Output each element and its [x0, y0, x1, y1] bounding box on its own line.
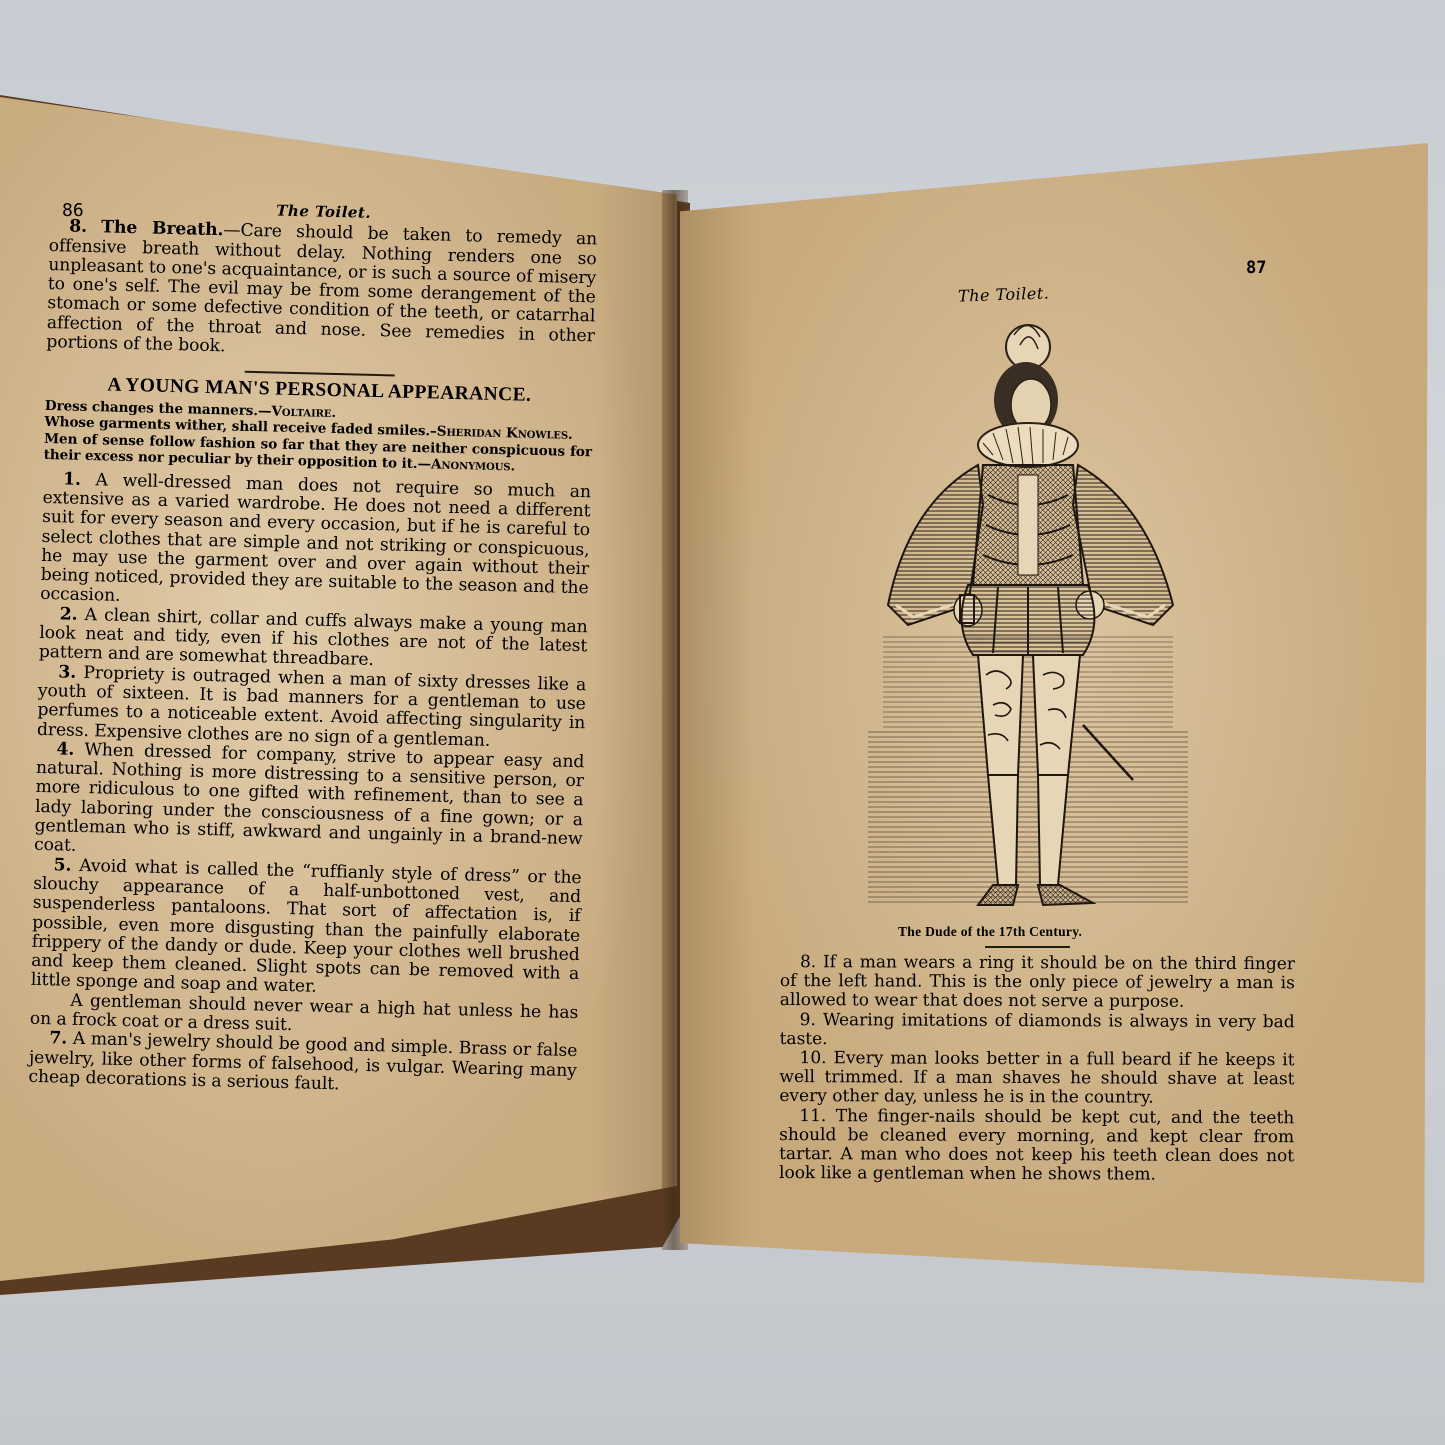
right-page-number: 87	[1246, 258, 1267, 278]
epigraph-author: Anonymous.	[431, 457, 516, 475]
paragraph: 1. A well-dressed man does not require s…	[40, 470, 591, 618]
paragraph-text: Avoid what is called the “ruffianly styl…	[31, 856, 582, 998]
paragraph: 8. If a man wears a ring it should be on…	[780, 953, 1295, 1013]
paragraph-number: 2.	[60, 604, 78, 624]
paragraph-breath: 8. The Breath.—Care should be taken to r…	[46, 217, 597, 365]
paragraph: 10. Every man looks better in a full bea…	[779, 1049, 1294, 1109]
illustration-caption: The Dude of the 17th Century.	[898, 924, 1082, 940]
paragraph: 11. The finger-nails should be kept cut,…	[779, 1107, 1294, 1186]
paragraph-text: The finger-nails should be kept cut, and…	[779, 1106, 1294, 1185]
paragraph-number: 5.	[53, 855, 71, 875]
left-page-content: The Toilet. 8. The Breath.—Care should b…	[28, 196, 598, 1100]
paragraph: 9. Wearing imitations of diamonds is alw…	[780, 1011, 1295, 1052]
paragraph-number: 8.	[800, 952, 816, 972]
paragraph: 5. Avoid what is called the “ruffianly s…	[31, 855, 582, 1003]
paragraph-number: 11.	[799, 1106, 826, 1126]
paragraph-text: A man's jewelry should be good and simpl…	[28, 1029, 577, 1094]
paragraph-text: When dressed for company, strive to appe…	[34, 740, 585, 856]
paragraph: 3. Propriety is outraged when a man of s…	[37, 663, 587, 754]
paragraph-text: Wearing imitations of diamonds is always…	[780, 1010, 1295, 1049]
epigraphs: Dress changes the manners.—Voltaire. Who…	[43, 398, 592, 477]
paragraph-text: A clean shirt, collar and cuffs always m…	[39, 605, 588, 671]
paragraph-number: 7.	[49, 1029, 67, 1049]
right-running-head: The Toilet.	[958, 283, 1050, 305]
paragraph-number: 10.	[799, 1048, 826, 1068]
paragraph-text: If a man wears a ring it should be on th…	[780, 952, 1295, 1012]
paragraph: 4. When dressed for company, strive to a…	[34, 740, 585, 869]
paragraph-number: 8.	[69, 217, 87, 237]
paragraph-text: Propriety is outraged when a man of sixt…	[37, 663, 587, 751]
caption-divider	[985, 946, 1070, 948]
paragraph-text: —Care should be taken to remedy an offen…	[46, 221, 597, 357]
paragraph-text: Every man looks better in a full beard i…	[779, 1048, 1294, 1108]
epigraph-author: Voltaire.	[271, 403, 336, 421]
paragraph-number: 1.	[63, 469, 81, 489]
paragraph-text: A well-dressed man does not require so m…	[40, 470, 591, 606]
paragraph-number: 3.	[58, 662, 76, 682]
dude-illustration	[868, 305, 1188, 910]
paragraph-number: 9.	[800, 1010, 816, 1030]
paragraph-number: 4.	[56, 739, 74, 759]
section-divider	[245, 371, 395, 377]
right-page-content: 8. If a man wears a ring it should be on…	[779, 953, 1295, 1186]
